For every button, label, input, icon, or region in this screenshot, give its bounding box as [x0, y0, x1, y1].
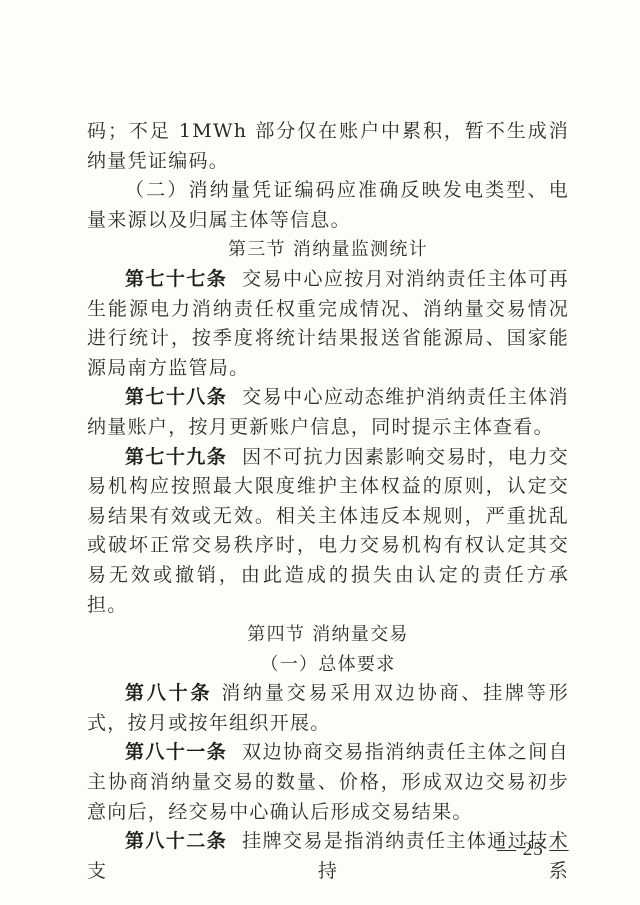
page-body: 码；不足 1MWh 部分仅在账户中累积，暂不生成消纳量凭证编码。 （二）消纳量凭…	[87, 117, 569, 886]
article-label: 第七十八条	[125, 386, 227, 408]
paragraph-item-2: （二）消纳量凭证编码应准确反映发电类型、电量来源以及归属主体等信息。	[87, 176, 569, 235]
document-page: 码；不足 1MWh 部分仅在账户中累积，暂不生成消纳量凭证编码。 （二）消纳量凭…	[0, 0, 640, 905]
section-heading-4: 第四节 消纳量交易	[87, 620, 569, 650]
article-78: 第七十八条 交易中心应动态维护消纳责任主体消纳量账户，按月更新账户信息，同时提示…	[87, 383, 569, 442]
page-number: — 25 —	[497, 839, 570, 861]
article-label: 第七十七条	[125, 268, 227, 290]
article-label: 第七十九条	[125, 446, 227, 468]
section-heading-3: 第三节 消纳量监测统计	[87, 235, 569, 265]
article-label: 第八十一条	[125, 741, 227, 763]
article-label: 第八十条	[125, 682, 212, 704]
article-81: 第八十一条 双边协商交易指消纳责任主体之间自主协商消纳量交易的数量、价格，形成双…	[87, 738, 569, 827]
paragraph-continuation: 码；不足 1MWh 部分仅在账户中累积，暂不生成消纳量凭证编码。	[87, 117, 569, 176]
sub-heading-general-requirements: （一）总体要求	[87, 650, 569, 680]
article-77: 第七十七条 交易中心应按月对消纳责任主体可再生能源电力消纳责任权重完成情况、消纳…	[87, 265, 569, 383]
article-80: 第八十条 消纳量交易采用双边协商、挂牌等形式，按月或按年组织开展。	[87, 679, 569, 738]
article-79: 第七十九条 因不可抗力因素影响交易时，电力交易机构应按照最大限度维护主体权益的原…	[87, 443, 569, 621]
article-text: 因不可抗力因素影响交易时，电力交易机构应按照最大限度维护主体权益的原则，认定交易…	[87, 446, 569, 616]
article-label: 第八十二条	[125, 830, 227, 852]
